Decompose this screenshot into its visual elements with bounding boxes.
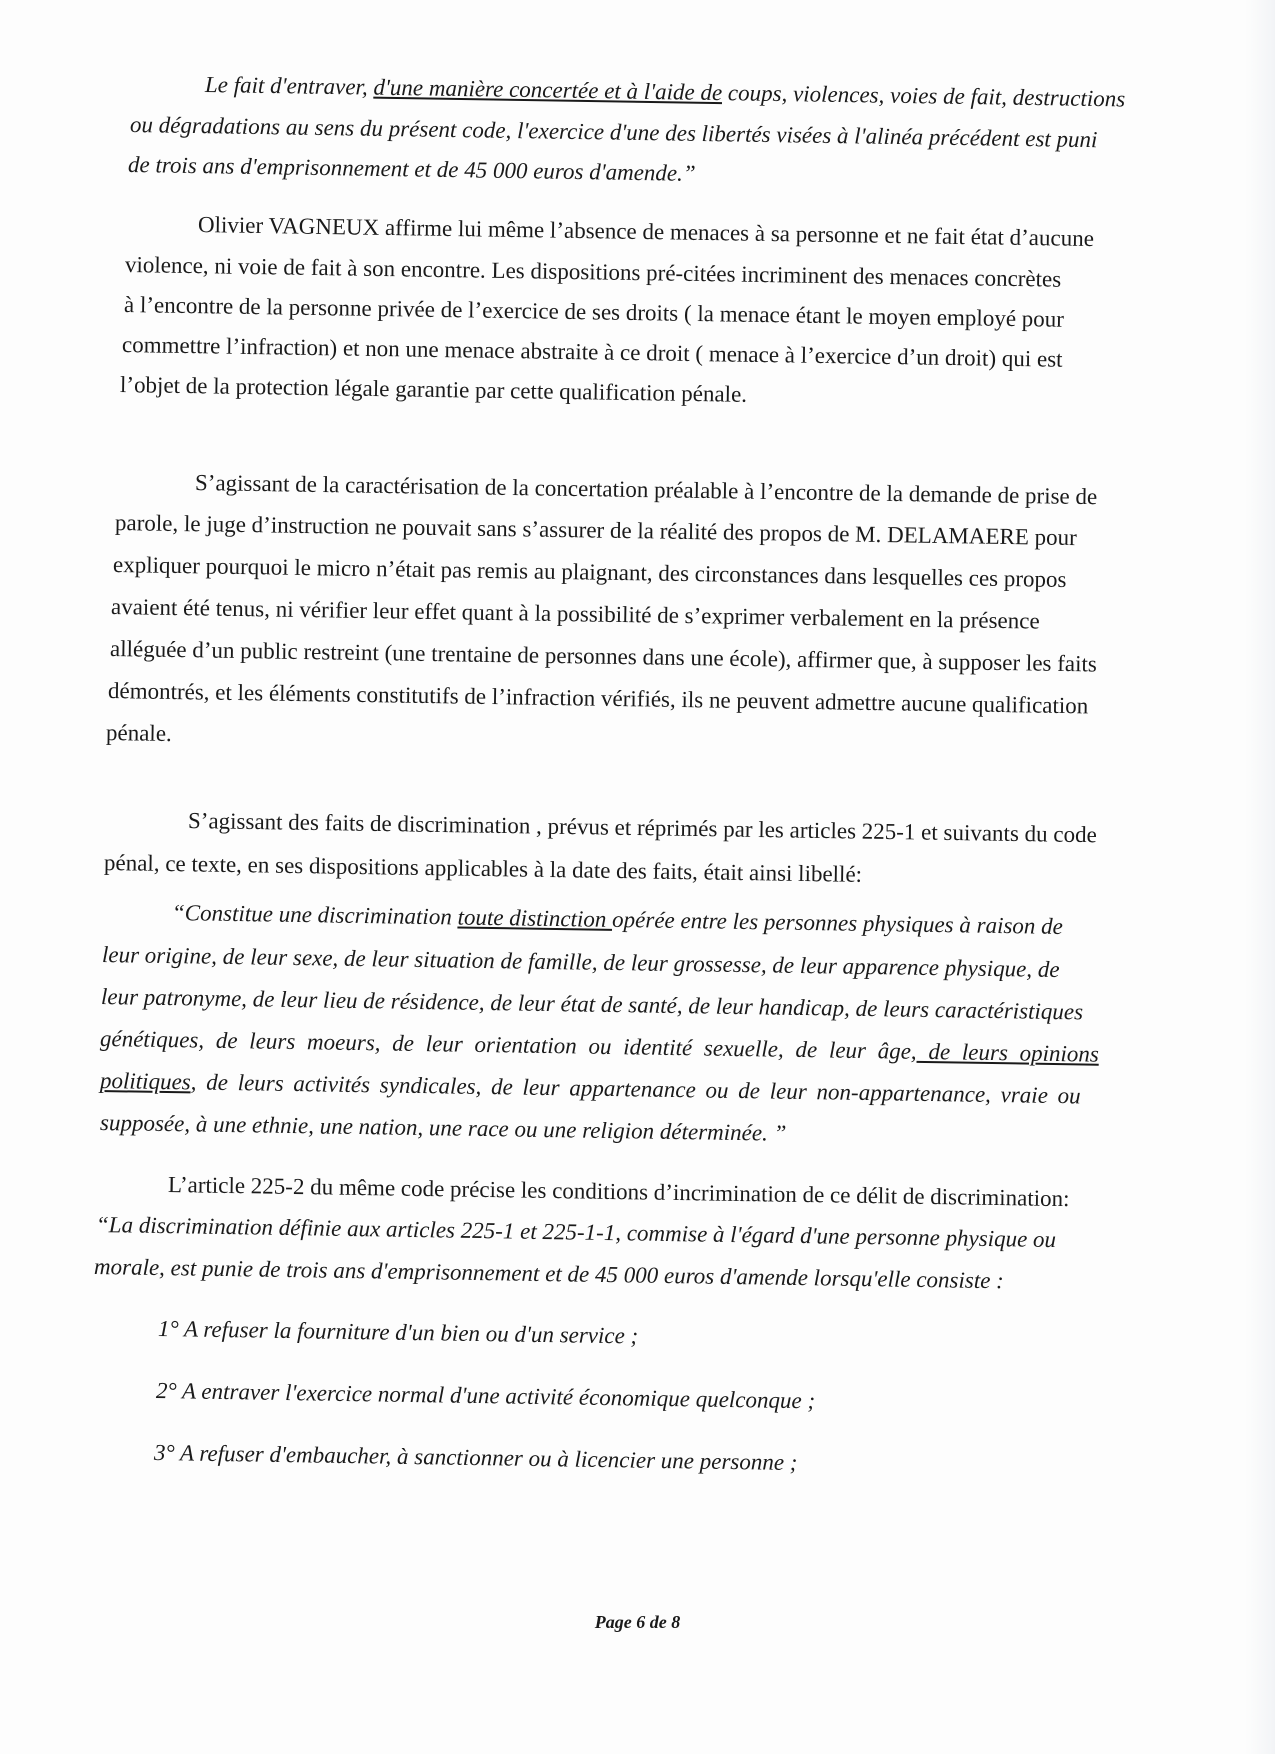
text-segment: leur origine, de leur sexe, de leur situ… xyxy=(102,942,1060,982)
text-line: à l’encontre de la personne privée de l’… xyxy=(124,292,1064,333)
text-segment: démontrés, et les éléments constitutifs … xyxy=(108,678,1089,718)
text-segment: pénale. xyxy=(106,720,172,746)
text-line: expliquer pourquoi le micro n’était pas … xyxy=(113,552,1067,593)
text-segment: 1° A refuser la fourniture d'un bien ou … xyxy=(158,1316,639,1349)
text-line: parole, le juge d’instruction ne pouvait… xyxy=(115,510,1077,551)
text-segment: violence, ni voie de fait à son encontre… xyxy=(125,252,1062,292)
text-segment: , de leurs activités syndicales, de leur… xyxy=(191,1069,1081,1108)
text-line: alléguée d’un public restreint (une tren… xyxy=(110,636,1097,677)
underlined-text: politiques xyxy=(100,1068,191,1094)
text-segment: “La discrimination définie aux articles … xyxy=(96,1212,1056,1252)
text-segment: l’objet de la protection légale garantie… xyxy=(120,372,747,407)
text-segment: alléguée d’un public restreint (une tren… xyxy=(110,636,1097,676)
text-line: avaient été tenus, ni vérifier leur effe… xyxy=(111,594,1040,635)
text-line: S’agissant de la caractérisation de la c… xyxy=(195,470,1098,510)
text-line: démontrés, et les éléments constitutifs … xyxy=(108,678,1089,719)
text-segment: de trois ans d'emprisonnement et de 45 0… xyxy=(128,152,696,186)
text-segment: S’agissant de la caractérisation de la c… xyxy=(195,470,1098,509)
text-line: morale, est punie de trois ans d'empriso… xyxy=(94,1254,1004,1294)
text-segment: parole, le juge d’instruction ne pouvait… xyxy=(115,510,1077,550)
text-segment: S’agissant des faits de discrimination ,… xyxy=(188,808,1097,847)
text-segment: L’article 225-2 du même code précise les… xyxy=(168,1172,1070,1211)
underlined-text: toute distinction xyxy=(457,904,612,931)
text-line: “Constitue une discrimination toute dist… xyxy=(172,900,1063,940)
underlined-text: d'une manière concertée et à l'aide de xyxy=(373,75,722,105)
text-segment: ou dégradations au sens du présent code,… xyxy=(130,112,1098,152)
text-line: de trois ans d'emprisonnement et de 45 0… xyxy=(128,152,696,187)
scan-edge-shadow xyxy=(1245,0,1275,1754)
text-segment: 3° A refuser d'embaucher, à sanctionner … xyxy=(154,1440,798,1475)
text-line: commettre l’infraction) et non une menac… xyxy=(122,332,1063,373)
text-segment: commettre l’infraction) et non une menac… xyxy=(122,332,1063,372)
text-line: Olivier VAGNEUX affirme lui même l’absen… xyxy=(198,212,1094,252)
page-number-footer: Page 6 de 8 xyxy=(0,1612,1275,1633)
text-segment: avaient été tenus, ni vérifier leur effe… xyxy=(111,594,1040,634)
text-line: 1° A refuser la fourniture d'un bien ou … xyxy=(158,1316,639,1350)
text-segment: génétiques, de leurs moeurs, de leur ori… xyxy=(100,1026,917,1064)
text-segment: supposée, à une ethnie, une nation, une … xyxy=(100,1110,787,1146)
underlined-text: de leurs opinions xyxy=(916,1039,1099,1067)
text-line: politiques, de leurs activités syndicale… xyxy=(100,1068,1081,1109)
text-line: ou dégradations au sens du présent code,… xyxy=(130,112,1098,153)
text-segment: opérée entre les personnes physiques à r… xyxy=(612,907,1063,939)
text-segment: leur patronyme, de leur lieu de résidenc… xyxy=(101,984,1083,1024)
text-line: pénal, ce texte, en ses dispositions app… xyxy=(104,850,862,888)
text-line: S’agissant des faits de discrimination ,… xyxy=(188,808,1097,848)
text-segment: morale, est punie de trois ans d'empriso… xyxy=(94,1254,1004,1293)
text-line: 3° A refuser d'embaucher, à sanctionner … xyxy=(154,1440,798,1476)
text-segment: à l’encontre de la personne privée de l’… xyxy=(124,292,1064,332)
text-line: violence, ni voie de fait à son encontre… xyxy=(125,252,1062,293)
text-segment: expliquer pourquoi le micro n’était pas … xyxy=(113,552,1067,592)
document-page: Le fait d'entraver, d'une manière concer… xyxy=(0,0,1275,1754)
text-line: leur origine, de leur sexe, de leur situ… xyxy=(102,942,1060,983)
text-line: l’objet de la protection légale garantie… xyxy=(120,372,747,408)
text-line: “La discrimination définie aux articles … xyxy=(96,1212,1056,1253)
text-segment: coups, violences, voies de fait, destruc… xyxy=(722,80,1125,111)
text-line: L’article 225-2 du même code précise les… xyxy=(168,1172,1070,1212)
text-segment: pénal, ce texte, en ses dispositions app… xyxy=(104,850,862,887)
text-line: génétiques, de leurs moeurs, de leur ori… xyxy=(100,1026,1099,1068)
text-segment: Le fait d'entraver, xyxy=(205,72,374,100)
text-line: supposée, à une ethnie, une nation, une … xyxy=(100,1110,787,1147)
text-segment: 2° A entraver l'exercice normal d'une ac… xyxy=(156,1378,816,1413)
text-line: pénale. xyxy=(106,720,172,747)
text-line: leur patronyme, de leur lieu de résidenc… xyxy=(101,984,1083,1025)
text-segment: “Constitue une discrimination xyxy=(172,900,458,929)
text-line: 2° A entraver l'exercice normal d'une ac… xyxy=(156,1378,816,1414)
text-line: Le fait d'entraver, d'une manière concer… xyxy=(205,72,1126,112)
text-segment: Olivier VAGNEUX affirme lui même l’absen… xyxy=(198,212,1094,251)
